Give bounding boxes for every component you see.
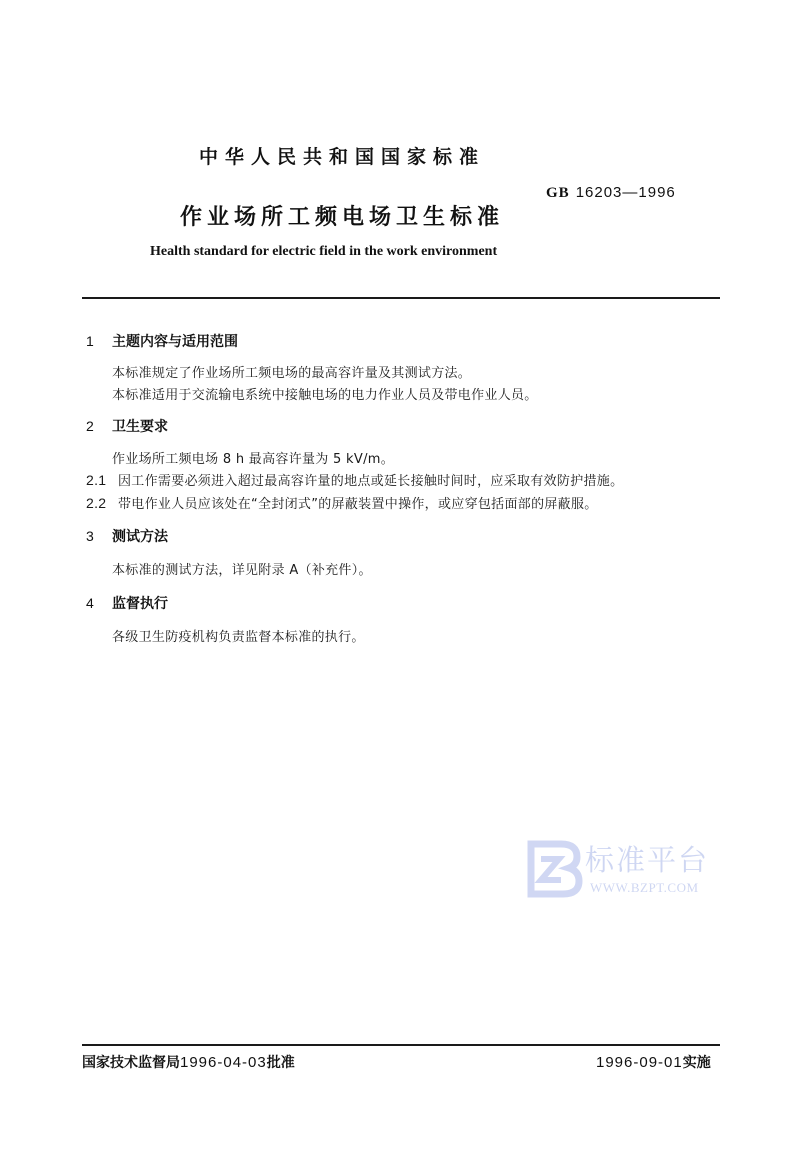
- section-4-paragraph-1: 各级卫生防疫机构负责监督本标准的执行。: [112, 626, 365, 645]
- approval-line: 国家技术监督局1996-04-03批准: [82, 1052, 295, 1072]
- watermark-text: 标准平台: [585, 838, 709, 879]
- section-1-paragraph-2: 本标准适用于交流输电系统中接触电场的电力作业人员及带电作业人员。: [112, 384, 538, 403]
- section-2-heading: 2卫生要求: [86, 416, 168, 436]
- section-1-heading: 1主题内容与适用范围: [86, 331, 238, 351]
- section-3-paragraph-1: 本标准的测试方法，详见附录 A（补充件）。: [112, 559, 372, 578]
- header-divider: [82, 297, 720, 299]
- section-2-1: 2.1因工作需要必须进入超过最高容许量的地点或延长接触时间时，应采取有效防护措施…: [86, 470, 623, 489]
- standard-code-number: 16203—1996: [576, 184, 676, 201]
- effective-date: 1996-09-01: [596, 1054, 683, 1071]
- section-1-paragraph-1: 本标准规定了作业场所工频电场的最高容许量及其测试方法。: [112, 362, 471, 381]
- section-2-paragraph-1: 作业场所工频电场 8 h 最高容许量为 5 kV/m。: [112, 448, 394, 467]
- section-2-2: 2.2带电作业人员应该处在“全封闭式”的屏蔽装置中操作，或应穿包括面部的屏蔽服。: [86, 493, 598, 512]
- country-standard-label: 中华人民共和国国家标准: [199, 142, 485, 169]
- effective-suffix: 实施: [683, 1055, 711, 1071]
- section-4-heading: 4监督执行: [86, 593, 168, 613]
- bz-logo-icon: [527, 840, 583, 902]
- footer-divider: [82, 1044, 720, 1046]
- document-title-en: Health standard for electric field in th…: [150, 244, 497, 260]
- approval-suffix: 批准: [267, 1055, 295, 1071]
- standard-code-prefix: GB: [546, 185, 570, 201]
- approval-org: 国家技术监督局: [82, 1055, 180, 1071]
- effective-line: 1996-09-01实施: [596, 1052, 711, 1072]
- approval-date: 1996-04-03: [180, 1054, 267, 1071]
- section-3-heading: 3测试方法: [86, 526, 168, 546]
- document-title-cn: 作业场所工频电场卫生标准: [180, 200, 504, 231]
- standard-code: GB16203—1996: [546, 183, 676, 202]
- watermark-url: WWW.BZPT.COM: [590, 880, 699, 896]
